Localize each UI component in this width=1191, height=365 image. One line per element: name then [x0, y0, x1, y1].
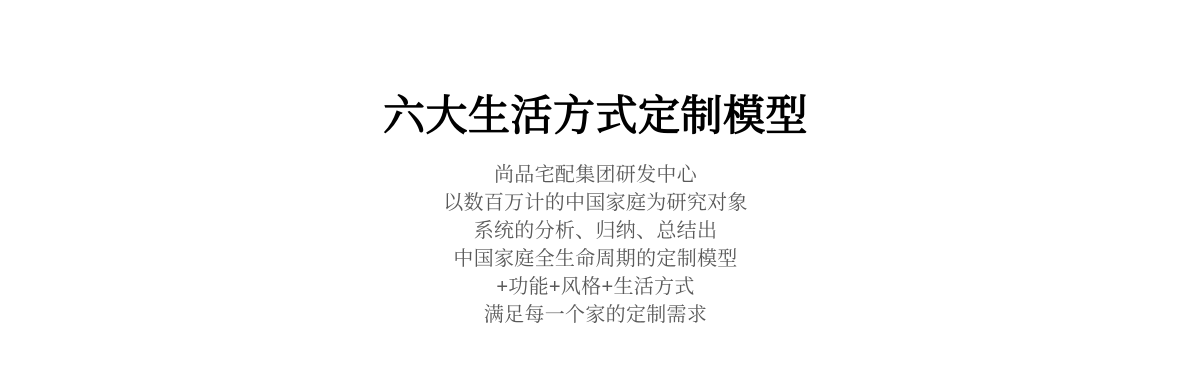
lifestyle-model-hero-section: 六大生活方式定制模型 尚品宅配集团研发中心 以数百万计的中国家庭为研究对象 系统… [0, 0, 1191, 329]
subtitle-line: 以数百万计的中国家庭为研究对象 [0, 189, 1191, 217]
subtitle-line: 满足每一个家的定制需求 [0, 301, 1191, 329]
section-subtitle: 尚品宅配集团研发中心 以数百万计的中国家庭为研究对象 系统的分析、归纳、总结出 … [0, 161, 1191, 329]
subtitle-line: 系统的分析、归纳、总结出 [0, 217, 1191, 245]
section-title: 六大生活方式定制模型 [0, 93, 1191, 139]
subtitle-line: +功能+风格+生活方式 [0, 273, 1191, 301]
subtitle-line: 中国家庭全生命周期的定制模型 [0, 245, 1191, 273]
page: 六大生活方式定制模型 尚品宅配集团研发中心 以数百万计的中国家庭为研究对象 系统… [0, 0, 1191, 365]
subtitle-line: 尚品宅配集团研发中心 [0, 161, 1191, 189]
